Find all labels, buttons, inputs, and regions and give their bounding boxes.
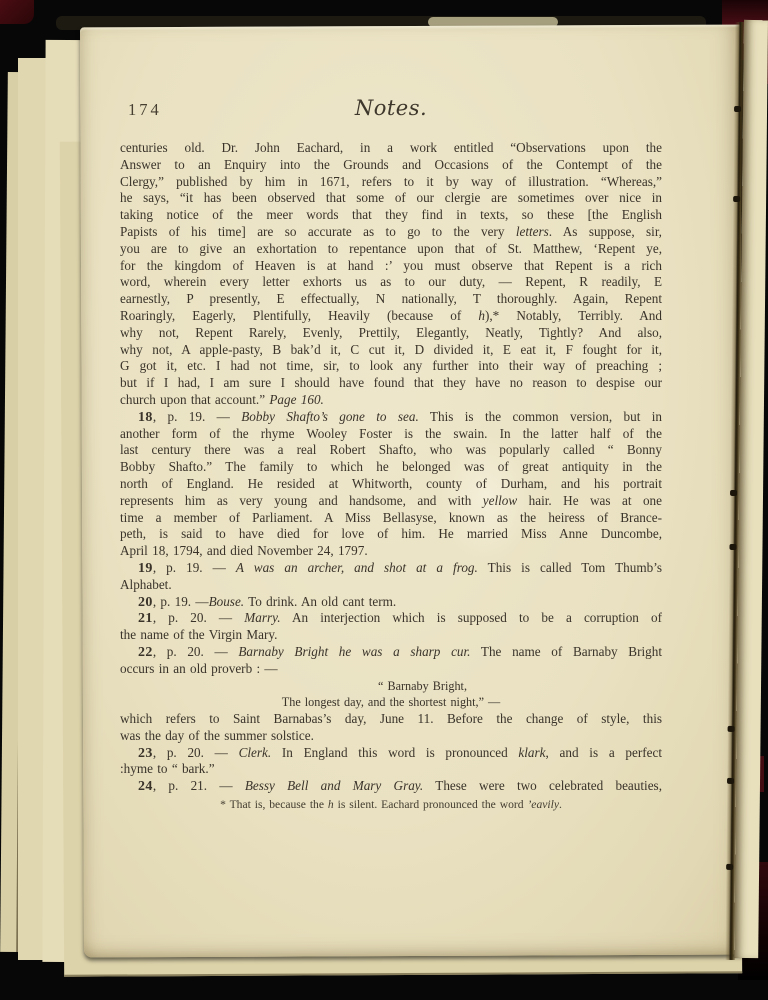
text-line: The longest day, and the shortest night,… — [120, 694, 662, 711]
text-line: represents him as very young and handsom… — [120, 493, 662, 510]
text-line: the name of the Virgin Mary. — [120, 627, 662, 644]
text-line: time a member of Parliament. A Miss Bell… — [120, 510, 662, 527]
stitch-mark — [733, 196, 740, 202]
text-line: 21, p. 20. — Marry. An interjection whic… — [120, 610, 662, 627]
notes-text: centuries old. Dr. John Eachard, in a wo… — [120, 140, 662, 795]
text-line: G got it, etc. I had not time, sir, to l… — [120, 358, 662, 375]
text-line: earnestly, P presently, E effectually, N… — [120, 291, 662, 308]
text-line: 23, p. 20. — Clerk. In England this word… — [120, 745, 662, 762]
text-line: taking notice of the meer words that the… — [120, 207, 662, 224]
text-line: 20, p. 19. —Bouse. To drink. An old cant… — [120, 594, 662, 611]
stitch-mark — [727, 778, 734, 784]
text-line: 24, p. 21. — Bessy Bell and Mary Gray. T… — [120, 778, 662, 795]
page-header: 174 Notes. — [120, 96, 662, 140]
text-line: 19, p. 19. — A was an archer, and shot a… — [120, 560, 662, 577]
text-line: Alphabet. — [120, 577, 662, 594]
text-line: April 18, 1794, and died November 24, 17… — [120, 543, 662, 560]
stitch-mark — [729, 544, 736, 550]
page-title: Notes. — [120, 96, 662, 120]
text-line: “ Barnaby Bright, — [120, 678, 662, 695]
text-line: which refers to Saint Barnabas’s day, Ju… — [120, 711, 662, 728]
stitch-mark — [728, 726, 735, 732]
stitch-mark — [734, 106, 741, 112]
text-line: he says, “it has been observed that some… — [120, 190, 662, 207]
text-line: :hyme to “ bark.” — [120, 761, 662, 778]
text-line: Papists of his time] are so accurate as … — [120, 224, 662, 241]
text-line: occurs in an old proverb : — — [120, 661, 662, 678]
text-line: Answer to an Enquiry into the Grounds an… — [120, 157, 662, 174]
text-line: 22, p. 20. — Barnaby Bright he was a sha… — [120, 644, 662, 661]
text-line: centuries old. Dr. John Eachard, in a wo… — [120, 140, 662, 157]
stitch-mark — [730, 490, 737, 496]
text-line: Clergy,” published by him in 1671, refer… — [120, 174, 662, 191]
text-line: another form of the rhyme Wooley Foster … — [120, 426, 662, 443]
stitch-mark — [726, 864, 733, 870]
page-text: 174 Notes. centuries old. Dr. John Eacha… — [120, 96, 662, 811]
text-line: why not, Repent Rarely, Evenly, Prettily… — [120, 325, 662, 342]
text-line: last century there was a real Robert Sha… — [120, 442, 662, 459]
text-line: was the day of the summer solstice. — [120, 728, 662, 745]
text-line: you are to give an exhortation to repent… — [120, 241, 662, 258]
book-cover-fragment — [0, 0, 34, 24]
text-line: north of England. He resided at Whitwort… — [120, 476, 662, 493]
text-line: but if I had, I am sure I should have fo… — [120, 375, 662, 392]
text-line: Roaringly, Eagerly, Plentifully, Heavily… — [120, 308, 662, 325]
text-line: Bobby Shafto.” The family to which he be… — [120, 459, 662, 476]
text-line: church upon that account.” Page 160. — [120, 392, 662, 409]
text-line: word, wherein every letter exhorts us as… — [120, 274, 662, 291]
text-line: why not, A apple-pasty, B bak’d it, C cu… — [120, 342, 662, 359]
text-line: for the kingdom of Heaven is at hand :’ … — [120, 258, 662, 275]
footnote: * That is, because the h is silent. Each… — [120, 798, 662, 811]
book-photo: 174 Notes. centuries old. Dr. John Eacha… — [0, 0, 768, 1000]
text-line: 18, p. 19. — Bobby Shafto’s gone to sea.… — [120, 409, 662, 426]
text-line: peth, is said to have died for love of h… — [120, 526, 662, 543]
